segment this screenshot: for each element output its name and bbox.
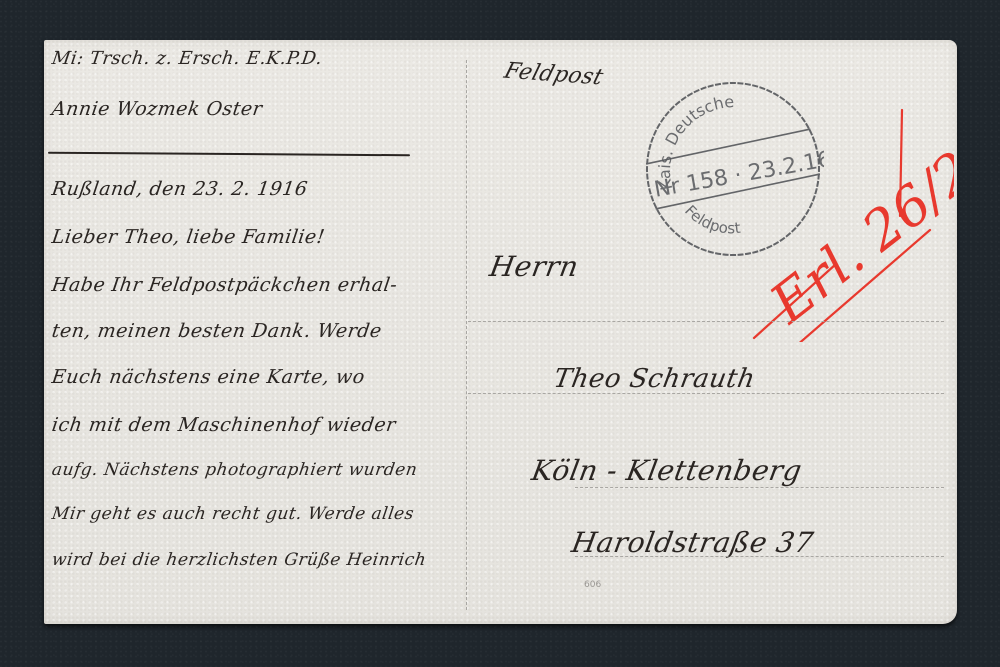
svg-text:Feldpost: Feldpost (680, 197, 742, 243)
message-line: Habe Ihr Feldpostpäckchen erhal- (50, 274, 398, 296)
message-line: Euch nächstens eine Karte, wo (50, 366, 366, 388)
message-line: Rußland, den 23. 2. 1916 (50, 178, 309, 200)
message-line: wird bei die herzlichsten Grüße Heinrich (51, 550, 428, 570)
address-city: Köln - Klettenberg (529, 454, 804, 487)
address-salutation: Herrn (487, 250, 581, 283)
print-number: 606 (584, 580, 601, 590)
address-street: Haroldstraße 37 (569, 526, 816, 559)
message-line: aufg. Nächstens photographiert wurden (51, 460, 419, 480)
header-underline (48, 152, 410, 157)
message-line: ten, meinen besten Dank. Werde (50, 320, 383, 342)
address-line-4 (575, 556, 944, 557)
message-header-line-1: Mi: Trsch. z. Ersch. E.K.P.D. (51, 48, 324, 69)
address-name: Theo Schrauth (551, 364, 757, 394)
message-line: Lieber Theo, liebe Familie! (50, 226, 326, 248)
address-line-1 (468, 321, 944, 322)
message-header-line-2: Annie Wozmek Oster (50, 98, 263, 120)
center-divider (466, 60, 467, 610)
red-annotation-text: Erl. 26/2 (758, 139, 954, 336)
red-annotation: Erl. 26/2 (744, 102, 954, 342)
postcard: Mi: Trsch. z. Ersch. E.K.P.D. Annie Wozm… (44, 40, 957, 624)
message-line: ich mit dem Maschinenhof wieder (50, 414, 397, 436)
message-line: Mir geht es auch recht gut. Werde alles (51, 504, 416, 524)
address-line-2 (468, 393, 944, 394)
feldpost-label: Feldpost (501, 59, 606, 91)
postmark-bottom-text: Feldpost (680, 197, 742, 243)
address-line-3 (575, 487, 944, 488)
